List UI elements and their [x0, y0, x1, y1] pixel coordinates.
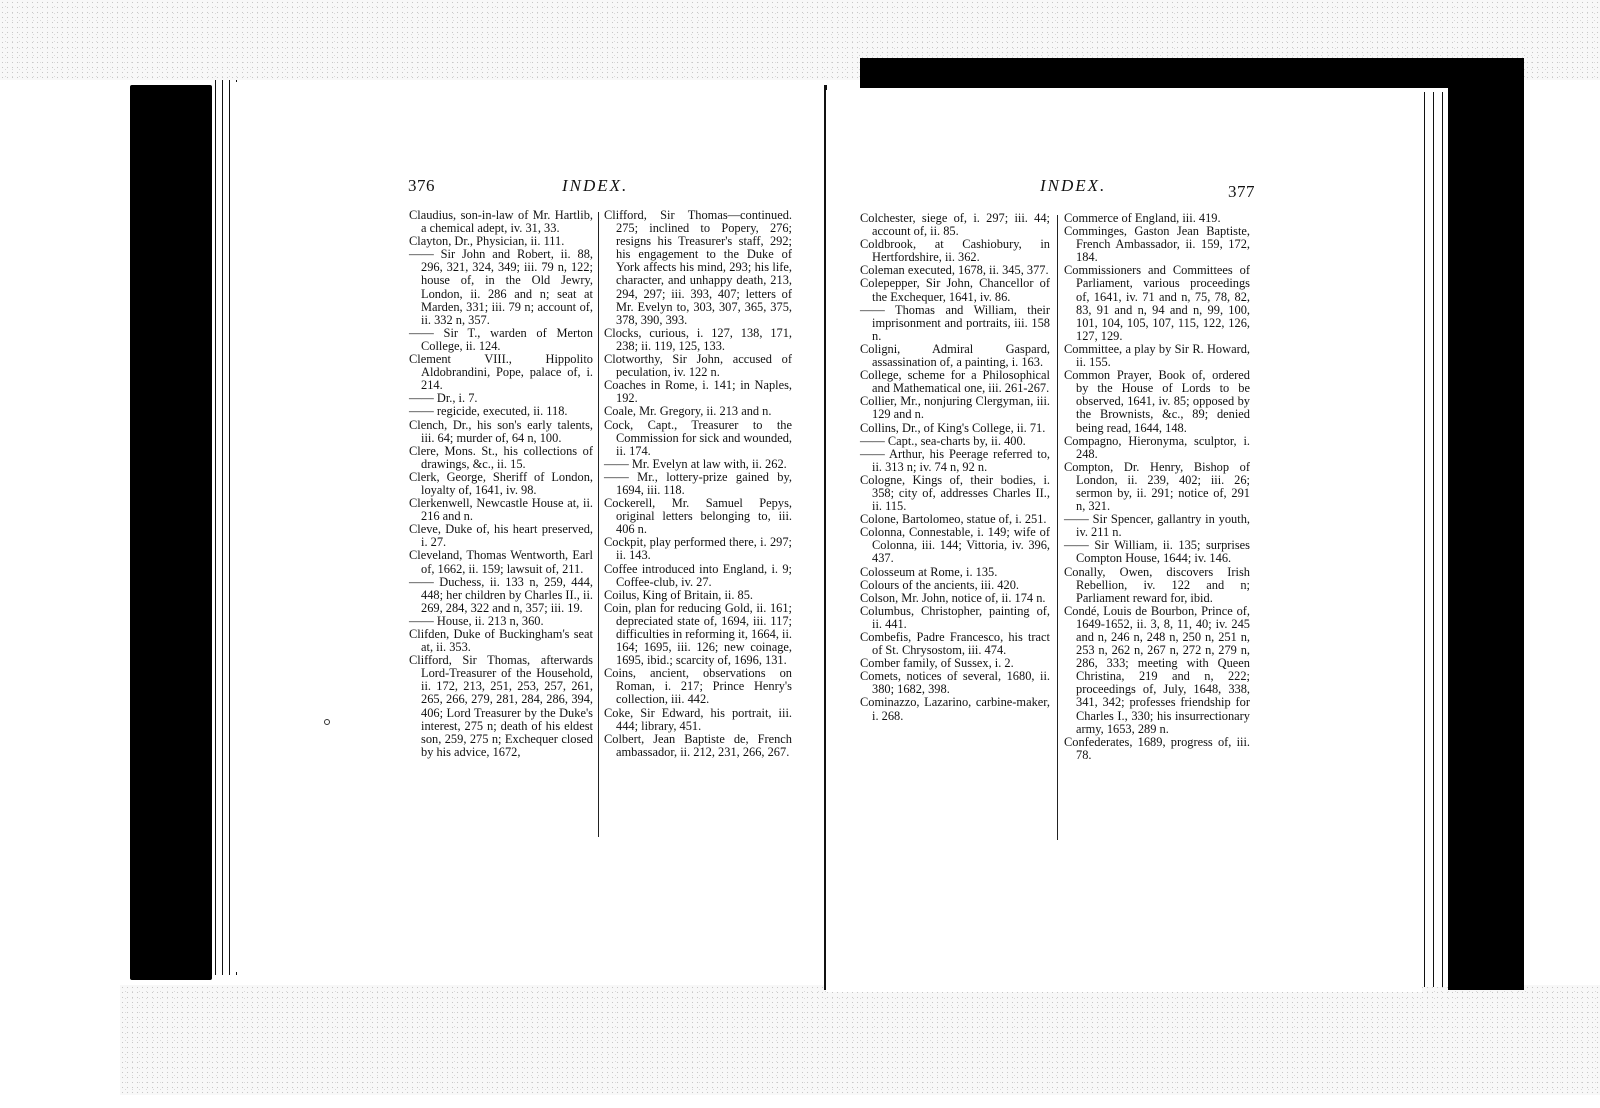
left-page-number: 376 [408, 176, 435, 196]
index-entry: Collier, Mr., nonjuring Clergyman, iii. … [860, 395, 1050, 421]
index-entry: —— Sir Spencer, gallantry in youth, iv. … [1064, 513, 1250, 539]
index-entry: —— Capt., sea-charts by, ii. 400. [860, 435, 1050, 448]
index-entry: Clocks, curious, i. 127, 138, 171, 238; … [604, 327, 792, 353]
page-edges-right [1420, 92, 1448, 987]
index-entry: Colepepper, Sir John, Chancellor of the … [860, 277, 1050, 303]
index-entry: —— regicide, executed, ii. 118. [409, 405, 593, 418]
index-entry: Cockerell, Mr. Samuel Pepys, original le… [604, 497, 792, 536]
index-entry: Colchester, siege of, i. 297; iii. 44; a… [860, 212, 1050, 238]
column-divider-left [598, 212, 599, 837]
index-entry: Colson, Mr. John, notice of, ii. 174 n. [860, 592, 1050, 605]
index-entry: Coin, plan for reducing Gold, ii. 161; d… [604, 602, 792, 667]
index-entry: Columbus, Christopher, painting of, ii. … [860, 605, 1050, 631]
index-entry: Coaches in Rome, i. 141; in Naples, 192. [604, 379, 792, 405]
index-entry: Cominazzo, Lazarino, carbine-maker, i. 2… [860, 696, 1050, 722]
index-entry: Coffee introduced into England, i. 9; Co… [604, 563, 792, 589]
scan-mark-left [324, 719, 330, 725]
index-entry: Colbert, Jean Baptiste de, French ambass… [604, 733, 792, 759]
index-entry: Clifford, Sir Thomas—continued. 275; inc… [604, 209, 792, 327]
index-entry: Compagno, Hieronyma, sculptor, i. 248. [1064, 435, 1250, 461]
index-entry: Cologne, Kings of, their bodies, i. 358;… [860, 474, 1050, 513]
index-entry: Combefis, Padre Francesco, his tract of … [860, 631, 1050, 657]
index-entry: Colonna, Connestable, i. 149; wife of Co… [860, 526, 1050, 565]
right-running-title: INDEX. [1040, 176, 1106, 196]
index-entry: Common Prayer, Book of, ordered by the H… [1064, 369, 1250, 434]
index-entry: —— Duchess, ii. 133 n, 259, 444, 448; he… [409, 576, 593, 615]
book-cover-right [1448, 75, 1524, 990]
index-entry: —— Sir John and Robert, ii. 88, 296, 321… [409, 248, 593, 327]
index-entry: Colours of the ancients, iii. 420. [860, 579, 1050, 592]
index-entry: —— Sir William, ii. 135; surprises Compt… [1064, 539, 1250, 565]
index-entry: Clifden, Duke of Buckingham's seat at, i… [409, 628, 593, 654]
index-entry: Comminges, Gaston Jean Baptiste, French … [1064, 225, 1250, 264]
index-entry: Clench, Dr., his son's early talents, ii… [409, 419, 593, 445]
index-entry: Coins, ancient, observations on Roman, i… [604, 667, 792, 706]
index-entry: Clerk, George, Sheriff of London, loyalt… [409, 471, 593, 497]
index-entry: Conally, Owen, discovers Irish Rebellion… [1064, 566, 1250, 605]
right-page-number: 377 [1228, 182, 1255, 202]
index-entry: Colosseum at Rome, i. 135. [860, 566, 1050, 579]
left-page-column-2: Clifford, Sir Thomas—continued. 275; inc… [604, 209, 792, 759]
index-entry: Committee, a play by Sir R. Howard, ii. … [1064, 343, 1250, 369]
index-entry: Coale, Mr. Gregory, ii. 213 and n. [604, 405, 792, 418]
index-entry: Coilus, King of Britain, ii. 85. [604, 589, 792, 602]
left-page-column-1: Claudius, son-in-law of Mr. Hartlib, a c… [409, 209, 593, 759]
index-entry: Clere, Mons. St., his collections of dra… [409, 445, 593, 471]
index-entry: Commissioners and Committees of Parliame… [1064, 264, 1250, 343]
index-entry: Claudius, son-in-law of Mr. Hartlib, a c… [409, 209, 593, 235]
book-cover-top-edge [860, 58, 1524, 88]
scan-background-bottom [120, 985, 1600, 1095]
index-entry: —— Arthur, his Peerage referred to, ii. … [860, 448, 1050, 474]
index-entry: Clerkenwell, Newcastle House at, ii. 216… [409, 497, 593, 523]
index-entry: Cock, Capt., Treasurer to the Commission… [604, 419, 792, 458]
index-entry: —— Thomas and William, their imprisonmen… [860, 304, 1050, 343]
index-entry: —— Sir T., warden of Merton College, ii.… [409, 327, 593, 353]
right-page-column-2: Commerce of England, iii. 419.Comminges,… [1064, 212, 1250, 762]
index-entry: —— Mr. Evelyn at law with, ii. 262. [604, 458, 792, 471]
index-entry: College, scheme for a Philosophical and … [860, 369, 1050, 395]
index-entry: —— Mr., lottery-prize gained by, 1694, i… [604, 471, 792, 497]
index-entry: Cockpit, play performed there, i. 297; i… [604, 536, 792, 562]
index-entry: Clement VIII., Hippolito Aldobrandini, P… [409, 353, 593, 392]
index-entry: Comets, notices of several, 1680, ii. 38… [860, 670, 1050, 696]
index-entry: Coldbrook, at Cashiobury, in Hertfordshi… [860, 238, 1050, 264]
index-entry: Coligni, Admiral Gaspard, assassination … [860, 343, 1050, 369]
index-entry: Compton, Dr. Henry, Bishop of London, ii… [1064, 461, 1250, 513]
book-cover-left [130, 85, 212, 980]
right-page-column-1: Colchester, siege of, i. 297; iii. 44; a… [860, 212, 1050, 723]
index-entry: Collins, Dr., of King's College, ii. 71. [860, 422, 1050, 435]
index-entry: Clotworthy, Sir John, accused of peculat… [604, 353, 792, 379]
index-entry: Coke, Sir Edward, his portrait, iii. 444… [604, 707, 792, 733]
index-entry: Cleve, Duke of, his heart preserved, i. … [409, 523, 593, 549]
index-entry: Cleveland, Thomas Wentworth, Earl of, 16… [409, 549, 593, 575]
index-entry: Condé, Louis de Bourbon, Prince of, 1649… [1064, 605, 1250, 736]
column-divider-right [1057, 215, 1058, 840]
index-entry: Clifford, Sir Thomas, afterwards Lord-Tr… [409, 654, 593, 759]
index-entry: Confederates, 1689, progress of, iii. 78… [1064, 736, 1250, 762]
left-running-title: INDEX. [562, 176, 628, 196]
